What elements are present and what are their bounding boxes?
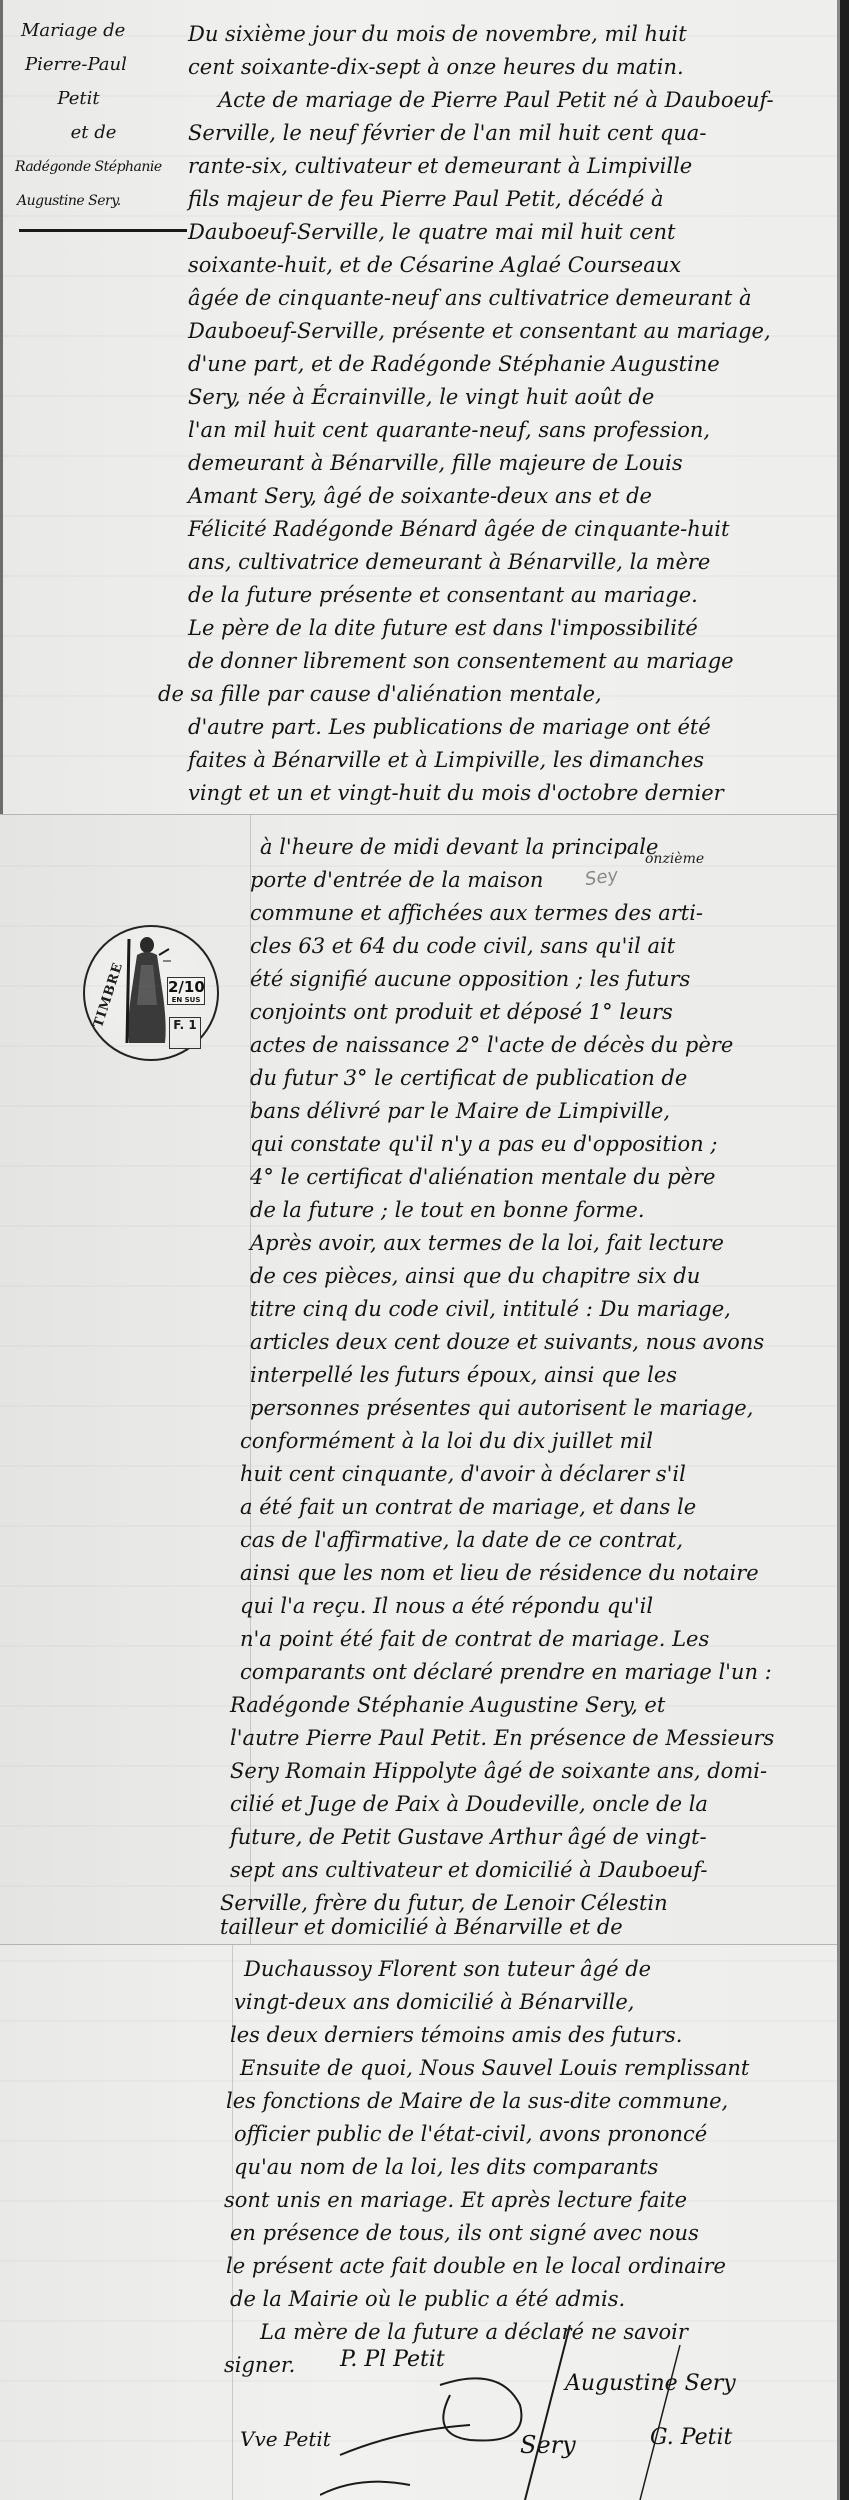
stamp-value: 2/10 EN SUS	[167, 977, 205, 1005]
text-line: l'autre Pierre Paul Petit. En présence d…	[230, 1726, 774, 1750]
text-line: interpellé les futurs époux, ainsi que l…	[250, 1363, 677, 1387]
text-line: de la future ; le tout en bonne forme.	[250, 1198, 645, 1222]
text-line: ainsi que les nom et lieu de résidence d…	[240, 1561, 759, 1585]
register-page-bottom: Duchaussoy Florent son tuteur âgé de vin…	[0, 1945, 840, 2500]
text-line: comparants ont déclaré prendre en mariag…	[240, 1660, 772, 1684]
text-line: Acte de mariage de Pierre Paul Petit né …	[218, 88, 774, 112]
text-line: cilié et Juge de Paix à Doudeville, oncl…	[230, 1792, 708, 1816]
text-line: d'autre part. Les publications de mariag…	[188, 715, 711, 739]
justice-figure-icon	[123, 935, 171, 1047]
text-line: demeurant à Bénarville, fille majeure de…	[188, 451, 683, 475]
register-page-middle: TIMBRE 2/10 EN SUS F. 1 onzième Sey à l'…	[0, 815, 840, 1945]
text-line: personnes présentes qui autorisent le ma…	[250, 1396, 753, 1420]
stamp-value-text: 2/10	[168, 978, 205, 996]
text-line: actes de naissance 2° l'acte de décès du…	[250, 1033, 733, 1057]
timbre-stamp: TIMBRE 2/10 EN SUS F. 1	[83, 925, 219, 1061]
text-line: n'a point été fait de contrat de mariage…	[240, 1627, 709, 1651]
margin-note-line: et de	[11, 116, 186, 150]
margin-note-line: Augustine Sery.	[11, 184, 186, 218]
text-line: qui constate qu'il n'y a pas eu d'opposi…	[250, 1132, 717, 1156]
margin-note-line: Petit	[11, 82, 186, 116]
text-line: tailleur et domicilié à Bénarville et de	[220, 1915, 623, 1939]
text-line: ans, cultivatrice demeurant à Bénarville…	[188, 550, 710, 574]
text-line: Serville, le neuf février de l'an mil hu…	[188, 121, 706, 145]
stamp-franc: F. 1	[169, 1017, 201, 1049]
text-line: d'une part, et de Radégonde Stéphanie Au…	[188, 352, 720, 376]
pencil-annotation: Sey	[584, 865, 620, 890]
text-line: Dauboeuf-Serville, le quatre mai mil hui…	[188, 220, 675, 244]
text-line: l'an mil huit cent quarante-neuf, sans p…	[188, 418, 710, 442]
margin-note-line: Radégonde Stéphanie	[11, 150, 186, 184]
text-line: huit cent cinquante, d'avoir à déclarer …	[240, 1462, 686, 1486]
register-page-top: Mariage de Pierre-Paul Petit et de Radég…	[0, 0, 843, 815]
margin-note-line: Pierre-Paul	[11, 48, 186, 82]
text-line: conformément à la loi du dix juillet mil	[240, 1429, 653, 1453]
text-line: Radégonde Stéphanie Augustine Sery, et	[230, 1693, 665, 1717]
text-line: faites à Bénarville et à Limpiville, les…	[188, 748, 704, 772]
text-line: Félicité Radégonde Bénard âgée de cinqua…	[188, 517, 729, 541]
text-line: bans délivré par le Maire de Limpiville,	[250, 1099, 670, 1123]
text-line: les deux derniers témoins amis des futur…	[230, 2023, 682, 2047]
text-line: articles deux cent douze et suivants, no…	[250, 1330, 764, 1354]
signature-mother: Vve Petit	[240, 2427, 331, 2451]
text-line: future, de Petit Gustave Arthur âgé de v…	[230, 1825, 707, 1849]
text-line: âgée de cinquante-neuf ans cultivatrice …	[188, 286, 752, 310]
margin-note-line: Mariage de	[11, 14, 186, 48]
text-line: de sa fille par cause d'aliénation menta…	[158, 682, 602, 706]
text-line: fils majeur de feu Pierre Paul Petit, dé…	[188, 187, 664, 211]
text-line: 4° le certificat d'aliénation mentale du…	[250, 1165, 715, 1189]
text-line: Sery, née à Écrainville, le vingt huit a…	[188, 385, 654, 409]
margin-note: Mariage de Pierre-Paul Petit et de Radég…	[11, 14, 186, 218]
stamp-label: TIMBRE	[91, 960, 126, 1029]
text-line: soixante-huit, et de Césarine Aglaé Cour…	[188, 253, 681, 277]
text-line: titre cinq du code civil, intitulé : Du …	[250, 1297, 731, 1321]
text-line: été signifié aucune opposition ; les fut…	[250, 967, 690, 991]
text-line: Sery Romain Hippolyte âgé de soixante an…	[230, 1759, 767, 1783]
text-line: rante-six, cultivateur et demeurant à Li…	[188, 154, 692, 178]
text-line: cles 63 et 64 du code civil, sans qu'il …	[250, 934, 675, 958]
text-line: commune et affichées aux termes des arti…	[250, 901, 703, 925]
text-line: vingt et un et vingt-huit du mois d'octo…	[188, 781, 724, 805]
text-line: de donner librement son consentement au …	[188, 649, 734, 673]
text-line: qu'au nom de la loi, les dits comparants	[234, 2155, 658, 2179]
text-line: sept ans cultivateur et domicilié à Daub…	[230, 1858, 707, 1882]
text-line: Le père de la dite future est dans l'imp…	[188, 616, 698, 640]
text-line: Du sixième jour du mois de novembre, mil…	[188, 22, 687, 46]
scan-edge	[840, 0, 849, 2500]
text-line: à l'heure de midi devant la principale	[260, 835, 658, 859]
margin-divider	[19, 229, 187, 232]
text-line: qui l'a reçu. Il nous a été répondu qu'i…	[240, 1594, 653, 1618]
text-line: en présence de tous, ils ont signé avec …	[230, 2221, 699, 2245]
text-line: le présent acte fait double en le local …	[226, 2254, 726, 2278]
text-line: vingt-deux ans domicilié à Bénarville,	[234, 1990, 634, 2014]
text-line: Après avoir, aux termes de la loi, fait …	[250, 1231, 724, 1255]
text-line: les fonctions de Maire de la sus-dite co…	[226, 2089, 728, 2113]
text-line: signer.	[224, 2353, 295, 2377]
text-line: du futur 3° le certificat de publication…	[250, 1066, 687, 1090]
text-line: Serville, frère du futur, de Lenoir Céle…	[220, 1891, 668, 1915]
text-line: a été fait un contrat de mariage, et dan…	[240, 1495, 696, 1519]
text-line: sont unis en mariage. Et après lecture f…	[224, 2188, 687, 2212]
text-line: Ensuite de quoi, Nous Sauvel Louis rempl…	[240, 2056, 749, 2080]
text-line: conjoints ont produit et déposé 1° leurs	[250, 1000, 673, 1024]
text-line: porte d'entrée de la maison	[250, 868, 543, 892]
text-line: cas de l'affirmative, la date de ce cont…	[240, 1528, 683, 1552]
text-line: Amant Sery, âgé de soixante-deux ans et …	[188, 484, 652, 508]
text-line: de la Mairie où le public a été admis.	[230, 2287, 625, 2311]
text-line: de ces pièces, ainsi que du chapitre six…	[250, 1264, 700, 1288]
text-line: cent soixante-dix-sept à onze heures du …	[188, 55, 684, 79]
text-line: Dauboeuf-Serville, présente et consentan…	[188, 319, 771, 343]
text-line: Duchaussoy Florent son tuteur âgé de	[244, 1957, 651, 1981]
signature-flourish-icon	[320, 2325, 740, 2500]
text-line: officier public de l'état-civil, avons p…	[234, 2122, 707, 2146]
stamp-value-sub: EN SUS	[168, 996, 204, 1004]
text-line: de la future présente et consentant au m…	[188, 583, 698, 607]
